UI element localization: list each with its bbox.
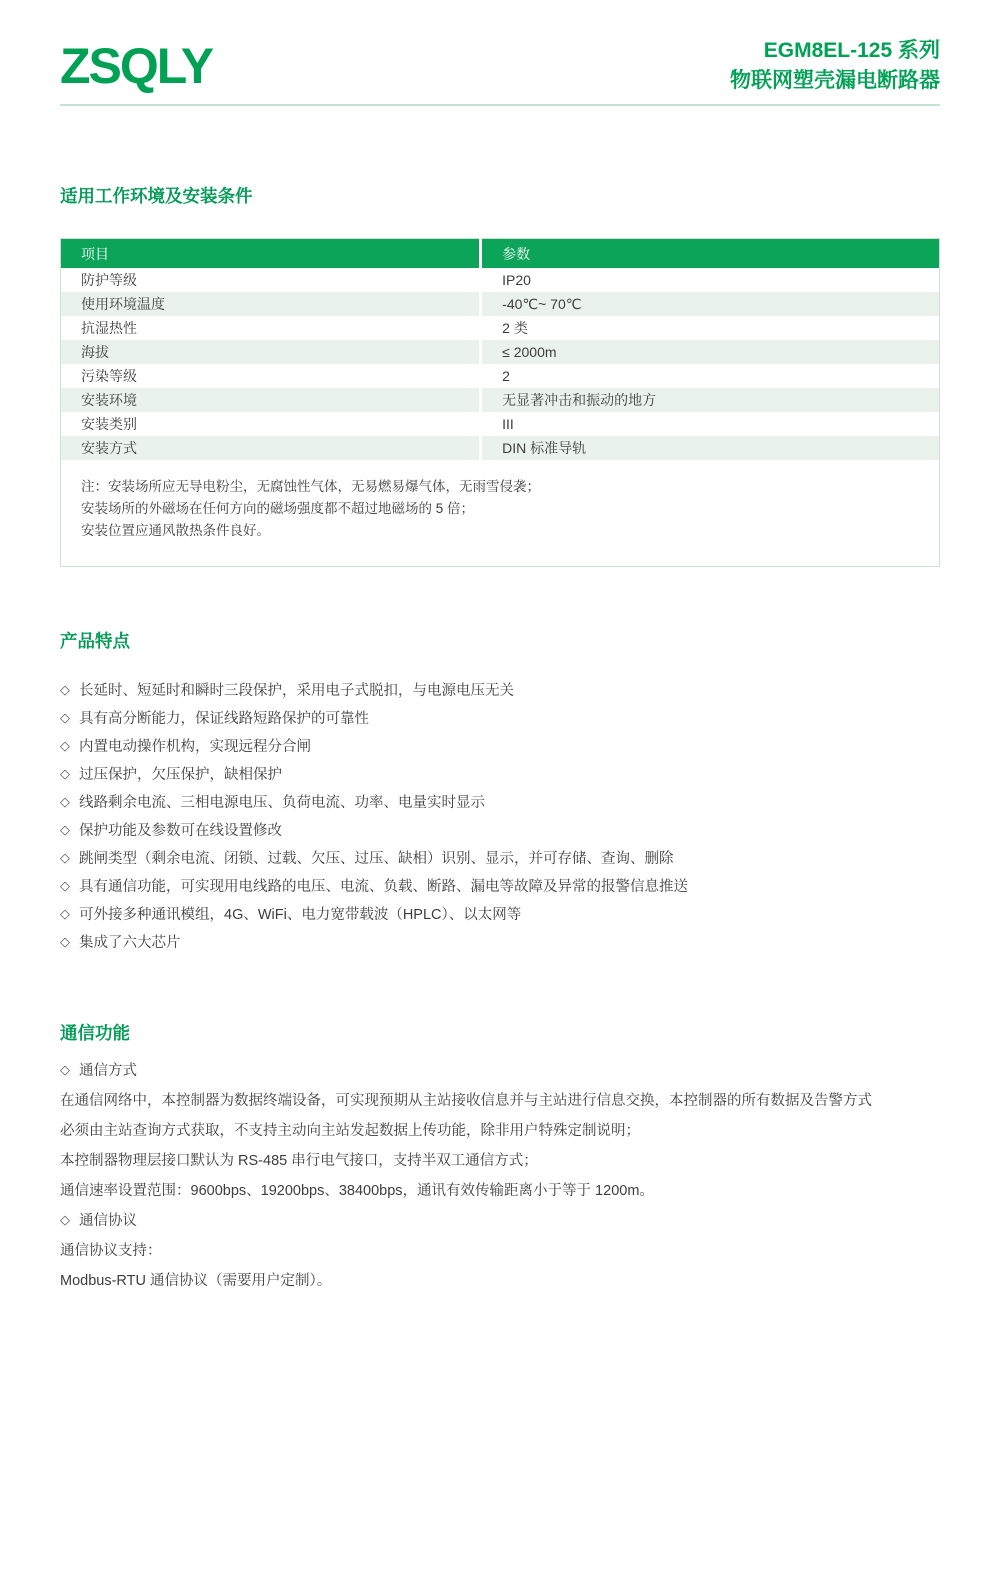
header-title-block: EGM8EL-125 系列 物联网塑壳漏电断路器 bbox=[730, 36, 940, 96]
row-value: III bbox=[481, 412, 940, 436]
page-content: 适用工作环境及安装条件 项目 参数 防护等级 IP20 使用环境温度 -40℃~… bbox=[0, 186, 1000, 1296]
diamond-bullet-icon: ◇ bbox=[60, 760, 70, 788]
feature-item: ◇具有通信功能，可实现用电线路的电压、电流、负载、断路、漏电等故障及异常的报警信… bbox=[60, 873, 940, 901]
environment-table: 项目 参数 防护等级 IP20 使用环境温度 -40℃~ 70℃ 抗湿热性 2 … bbox=[60, 238, 940, 567]
feature-item: ◇长延时、短延时和瞬时三段保护，采用电子式脱扣，与电源电压无关 bbox=[60, 677, 940, 705]
comm-heading-text: 通信方式 bbox=[79, 1063, 137, 1079]
feature-text: 具有通信功能，可实现用电线路的电压、电流、负载、断路、漏电等故障及异常的报警信息… bbox=[79, 879, 688, 895]
table-row: 污染等级 2 bbox=[61, 364, 940, 388]
page-header: ZSQLY EGM8EL-125 系列 物联网塑壳漏电断路器 bbox=[0, 0, 1000, 96]
diamond-bullet-icon: ◇ bbox=[60, 816, 70, 844]
comm-paragraph-line: 通信速率设置范围：9600bps、19200bps、38400bps，通讯有效传… bbox=[60, 1176, 940, 1206]
row-label: 抗湿热性 bbox=[61, 316, 481, 340]
diamond-bullet-icon: ◇ bbox=[60, 900, 70, 928]
feature-text: 长延时、短延时和瞬时三段保护，采用电子式脱扣，与电源电压无关 bbox=[79, 683, 514, 699]
brand-logo: ZSQLY bbox=[60, 40, 212, 92]
feature-text: 跳闸类型（剩余电流、闭锁、过载、欠压、过压、缺相）识别、显示，并可存储、查询、删… bbox=[79, 851, 674, 867]
table-row: 防护等级 IP20 bbox=[61, 268, 940, 292]
series-title: EGM8EL-125 系列 bbox=[730, 36, 940, 66]
row-label: 防护等级 bbox=[61, 268, 481, 292]
features-list: ◇长延时、短延时和瞬时三段保护，采用电子式脱扣，与电源电压无关 ◇具有高分断能力… bbox=[60, 677, 940, 957]
comm-paragraph-line: 必须由主站查询方式获取，不支持主动向主站发起数据上传功能，除非用户特殊定制说明； bbox=[60, 1116, 940, 1146]
row-value: -40℃~ 70℃ bbox=[481, 292, 940, 316]
feature-text: 内置电动操作机构，实现远程分合闸 bbox=[79, 739, 311, 755]
diamond-bullet-icon: ◇ bbox=[60, 788, 70, 816]
diamond-bullet-icon: ◇ bbox=[60, 732, 70, 760]
row-value: IP20 bbox=[481, 268, 940, 292]
table-row: 安装类别 III bbox=[61, 412, 940, 436]
row-label: 污染等级 bbox=[61, 364, 481, 388]
diamond-bullet-icon: ◇ bbox=[60, 1055, 70, 1085]
row-label: 海拔 bbox=[61, 340, 481, 364]
diamond-bullet-icon: ◇ bbox=[60, 676, 70, 704]
row-label: 安装环境 bbox=[61, 388, 481, 412]
comm-protocol-line: 通信协议支持： bbox=[60, 1236, 940, 1266]
diamond-bullet-icon: ◇ bbox=[60, 844, 70, 872]
feature-text: 保护功能及参数可在线设置修改 bbox=[79, 823, 282, 839]
table-row: 使用环境温度 -40℃~ 70℃ bbox=[61, 292, 940, 316]
product-title: 物联网塑壳漏电断路器 bbox=[730, 66, 940, 96]
row-value: 2 bbox=[481, 364, 940, 388]
table-note-row: 注：安装场所应无导电粉尘，无腐蚀性气体，无易燃易爆气体，无雨雪侵袭； 安装场所的… bbox=[61, 460, 940, 567]
row-value: 2 类 bbox=[481, 316, 940, 340]
row-value: DIN 标准导轨 bbox=[481, 436, 940, 460]
feature-item: ◇线路剩余电流、三相电源电压、负荷电流、功率、电量实时显示 bbox=[60, 789, 940, 817]
row-value: 无显著冲击和振动的地方 bbox=[481, 388, 940, 412]
table-row: 海拔 ≤ 2000m bbox=[61, 340, 940, 364]
diamond-bullet-icon: ◇ bbox=[60, 928, 70, 956]
diamond-bullet-icon: ◇ bbox=[60, 872, 70, 900]
note-line: 注：安装场所应无导电粉尘，无腐蚀性气体，无易燃易爆气体，无雨雪侵袭； bbox=[81, 476, 919, 498]
feature-item: ◇可外接多种通讯模组，4G、WiFi、电力宽带载波（HPLC）、以太网等 bbox=[60, 901, 940, 929]
header-divider bbox=[60, 104, 940, 106]
table-row: 安装方式 DIN 标准导轨 bbox=[61, 436, 940, 460]
column-header-item: 项目 bbox=[61, 239, 481, 269]
diamond-bullet-icon: ◇ bbox=[60, 704, 70, 732]
comm-method-heading: ◇通信方式 bbox=[60, 1056, 940, 1086]
row-label: 安装类别 bbox=[61, 412, 481, 436]
feature-text: 可外接多种通讯模组，4G、WiFi、电力宽带载波（HPLC）、以太网等 bbox=[79, 907, 521, 923]
table-row: 安装环境 无显著冲击和振动的地方 bbox=[61, 388, 940, 412]
feature-item: ◇内置电动操作机构，实现远程分合闸 bbox=[60, 733, 940, 761]
comm-heading-text: 通信协议 bbox=[79, 1213, 137, 1229]
communication-block: ◇通信方式 在通信网络中，本控制器为数据终端设备，可实现预期从主站接收信息并与主… bbox=[60, 1056, 940, 1296]
row-label: 安装方式 bbox=[61, 436, 481, 460]
section-title-environment: 适用工作环境及安装条件 bbox=[60, 186, 940, 206]
table-note-cell: 注：安装场所应无导电粉尘，无腐蚀性气体，无易燃易爆气体，无雨雪侵袭； 安装场所的… bbox=[61, 460, 940, 567]
feature-text: 具有高分断能力，保证线路短路保护的可靠性 bbox=[79, 711, 369, 727]
feature-item: ◇保护功能及参数可在线设置修改 bbox=[60, 817, 940, 845]
comm-paragraph-line: 本控制器物理层接口默认为 RS-485 串行电气接口，支持半双工通信方式； bbox=[60, 1146, 940, 1176]
feature-text: 集成了六大芯片 bbox=[79, 935, 181, 951]
note-line: 安装位置应通风散热条件良好。 bbox=[81, 520, 919, 542]
datasheet-page: ZSQLY EGM8EL-125 系列 物联网塑壳漏电断路器 适用工作环境及安装… bbox=[0, 0, 1000, 1584]
feature-text: 线路剩余电流、三相电源电压、负荷电流、功率、电量实时显示 bbox=[79, 795, 485, 811]
table-row: 抗湿热性 2 类 bbox=[61, 316, 940, 340]
section-title-features: 产品特点 bbox=[60, 631, 940, 651]
note-line: 安装场所的外磁场在任何方向的磁场强度都不超过地磁场的 5 倍； bbox=[81, 498, 919, 520]
feature-text: 过压保护，欠压保护，缺相保护 bbox=[79, 767, 282, 783]
feature-item: ◇集成了六大芯片 bbox=[60, 929, 940, 957]
comm-paragraph-line: 在通信网络中，本控制器为数据终端设备，可实现预期从主站接收信息并与主站进行信息交… bbox=[60, 1086, 940, 1116]
section-title-communication: 通信功能 bbox=[60, 1023, 940, 1043]
comm-protocol-heading: ◇通信协议 bbox=[60, 1206, 940, 1236]
comm-protocol-line: Modbus-RTU 通信协议（需要用户定制）。 bbox=[60, 1266, 940, 1296]
column-header-param: 参数 bbox=[481, 239, 940, 269]
row-label: 使用环境温度 bbox=[61, 292, 481, 316]
feature-item: ◇过压保护，欠压保护，缺相保护 bbox=[60, 761, 940, 789]
row-value: ≤ 2000m bbox=[481, 340, 940, 364]
diamond-bullet-icon: ◇ bbox=[60, 1205, 70, 1235]
table-header-row: 项目 参数 bbox=[61, 239, 940, 269]
feature-item: ◇跳闸类型（剩余电流、闭锁、过载、欠压、过压、缺相）识别、显示，并可存储、查询、… bbox=[60, 845, 940, 873]
feature-item: ◇具有高分断能力，保证线路短路保护的可靠性 bbox=[60, 705, 940, 733]
